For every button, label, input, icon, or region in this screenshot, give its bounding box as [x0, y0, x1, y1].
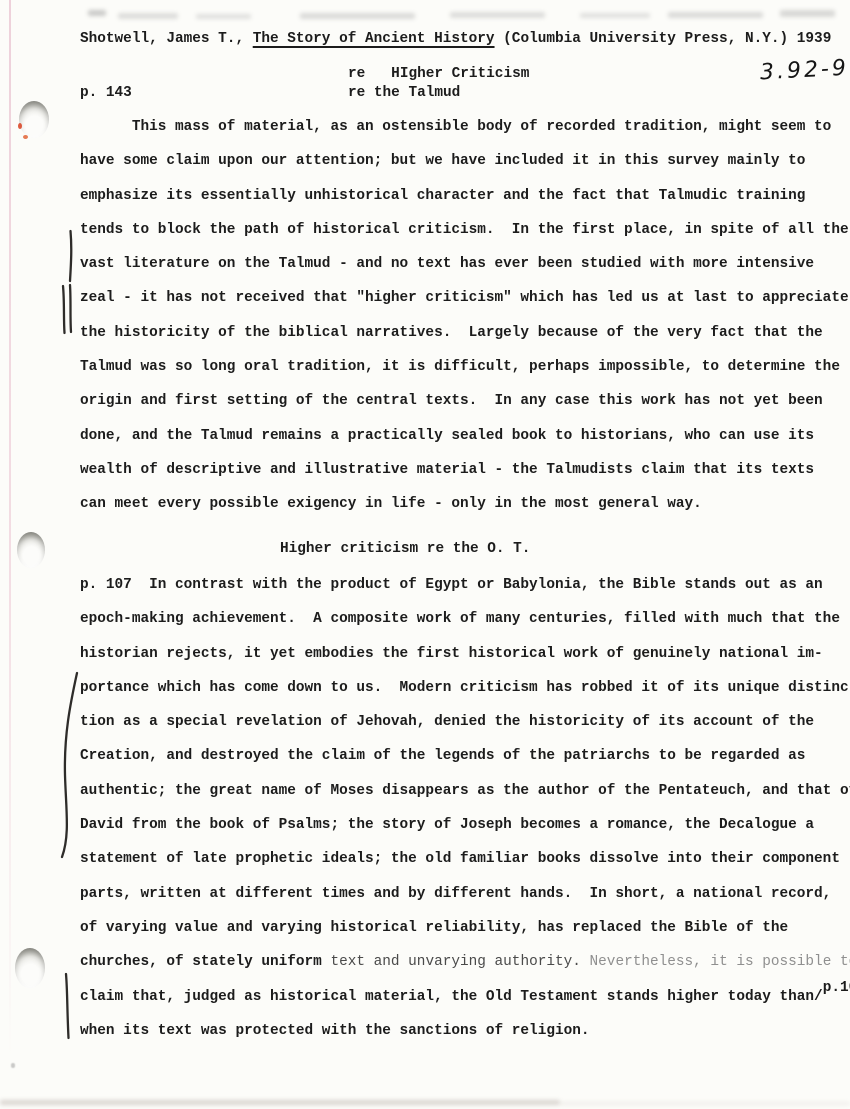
text-run: p.108 — [823, 980, 850, 996]
topic-line-2: re the Talmud — [348, 85, 460, 101]
text-run: churches, of stately uniform — [80, 954, 330, 970]
text-line: can meet every possible exigency in life… — [80, 487, 849, 521]
red-fleck — [18, 123, 22, 129]
excerpt-old-testament: p. 107 In contrast with the product of E… — [80, 568, 850, 1048]
ink-smudge — [580, 13, 650, 18]
text-line: wealth of descriptive and illustrative m… — [80, 453, 849, 487]
text-line: David from the book of Psalms; the story… — [80, 808, 850, 842]
text-run: The Story of Ancient History — [253, 31, 495, 47]
page-reference-143: p. 143 — [80, 85, 132, 101]
hole-punch-middle — [17, 532, 45, 568]
text-line: emphasize its essentially unhistorical c… — [80, 179, 849, 213]
ink-smudge — [450, 12, 545, 18]
text-line: statement of late prophetic ideals; the … — [80, 842, 850, 876]
text-line: historian rejects, it yet embodies the f… — [80, 637, 850, 671]
text-line: tion as a special revelation of Jehovah,… — [80, 705, 850, 739]
page-bottom-edge — [0, 1100, 560, 1105]
ink-speck — [11, 1063, 15, 1068]
text-line: This mass of material, as an ostensible … — [80, 110, 849, 144]
text-run: claim that, judged as historical materia… — [80, 989, 823, 1005]
text-run: Nevertheless, it is possible to — [590, 954, 850, 970]
hole-punch-bottom — [15, 948, 45, 988]
handwritten-catalog-number: 3.92-9 — [759, 56, 849, 86]
text-line: portance which has come down to us. Mode… — [80, 671, 850, 705]
text-line: Shotwell, James T., The Story of Ancient… — [80, 22, 831, 56]
scanned-document-page: Shotwell, James T., The Story of Ancient… — [0, 0, 850, 1109]
text-line: have some claim upon our attention; but … — [80, 144, 849, 178]
ink-smudge — [118, 13, 178, 19]
citation-line: Shotwell, James T., The Story of Ancient… — [80, 22, 831, 56]
text-run: (Columbia University Press, N.Y.) 1939 — [495, 31, 832, 47]
text-run: text and unvarying authority. — [330, 954, 589, 970]
text-line: when its text was protected with the san… — [80, 1014, 850, 1048]
page-edge-line — [9, 0, 11, 1060]
text-line: authentic; the great name of Moses disap… — [80, 774, 850, 808]
text-line: vast literature on the Talmud - and no t… — [80, 247, 849, 281]
text-line: tends to block the path of historical cr… — [80, 213, 849, 247]
ink-smudge — [780, 10, 835, 17]
red-fleck — [23, 135, 28, 139]
text-line: zeal - it has not received that "higher … — [80, 281, 849, 315]
ink-smudge — [668, 12, 763, 18]
text-run: Shotwell, James T., — [80, 31, 253, 47]
text-line: done, and the Talmud remains a practical… — [80, 419, 849, 453]
text-line: Creation, and destroyed the claim of the… — [80, 739, 850, 773]
text-line: parts, written at different times and by… — [80, 877, 850, 911]
topic-line-1: re HIgher Criticism — [348, 66, 529, 82]
ink-smudge — [300, 13, 415, 19]
text-line: claim that, judged as historical materia… — [80, 980, 850, 1014]
page-bottom-edge — [560, 1102, 850, 1105]
text-line: the historicity of the biblical narrativ… — [80, 316, 849, 350]
text-line: origin and first setting of the central … — [80, 384, 849, 418]
ink-smudge — [88, 10, 106, 16]
text-line: Talmud was so long oral tradition, it is… — [80, 350, 849, 384]
excerpt-talmud: This mass of material, as an ostensible … — [80, 110, 849, 522]
text-line: p. 107 In contrast with the product of E… — [80, 568, 850, 602]
text-line: of varying value and varying historical … — [80, 911, 850, 945]
ink-smudge — [196, 14, 251, 19]
hole-punch-top — [19, 101, 49, 138]
text-line: epoch-making achievement. A composite wo… — [80, 602, 850, 636]
section-heading: Higher criticism re the O. T. — [280, 541, 530, 557]
text-line: churches, of stately uniform text and un… — [80, 945, 850, 979]
